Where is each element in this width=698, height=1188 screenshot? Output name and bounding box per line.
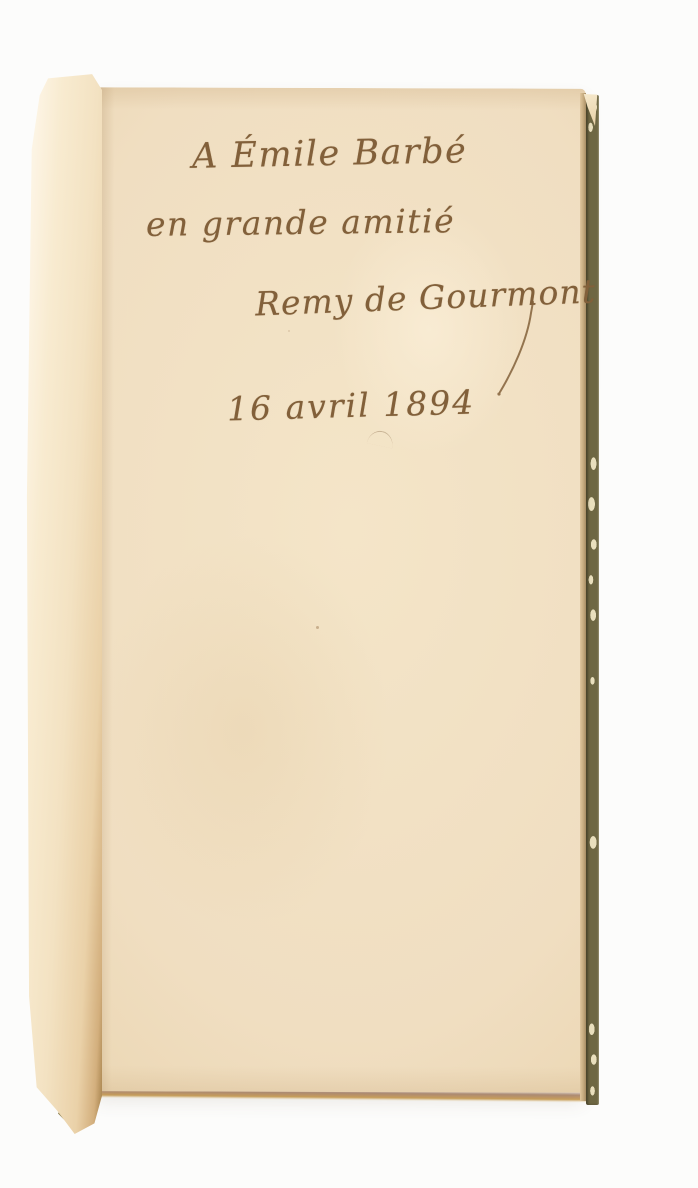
foxing-speck	[316, 626, 319, 629]
inscription-line-1: A Émile Barbé	[192, 134, 468, 175]
foxing-speck	[288, 330, 290, 332]
book-photograph: A Émile Barbé en grande amitié Remy de G…	[0, 0, 698, 1188]
flyleaf-curl	[26, 72, 102, 1134]
inscription-line-2: en grande amitié	[146, 204, 455, 241]
fore-edge-marbled-strip	[586, 95, 599, 1105]
inscription-date: 16 avril 1894	[227, 386, 476, 426]
